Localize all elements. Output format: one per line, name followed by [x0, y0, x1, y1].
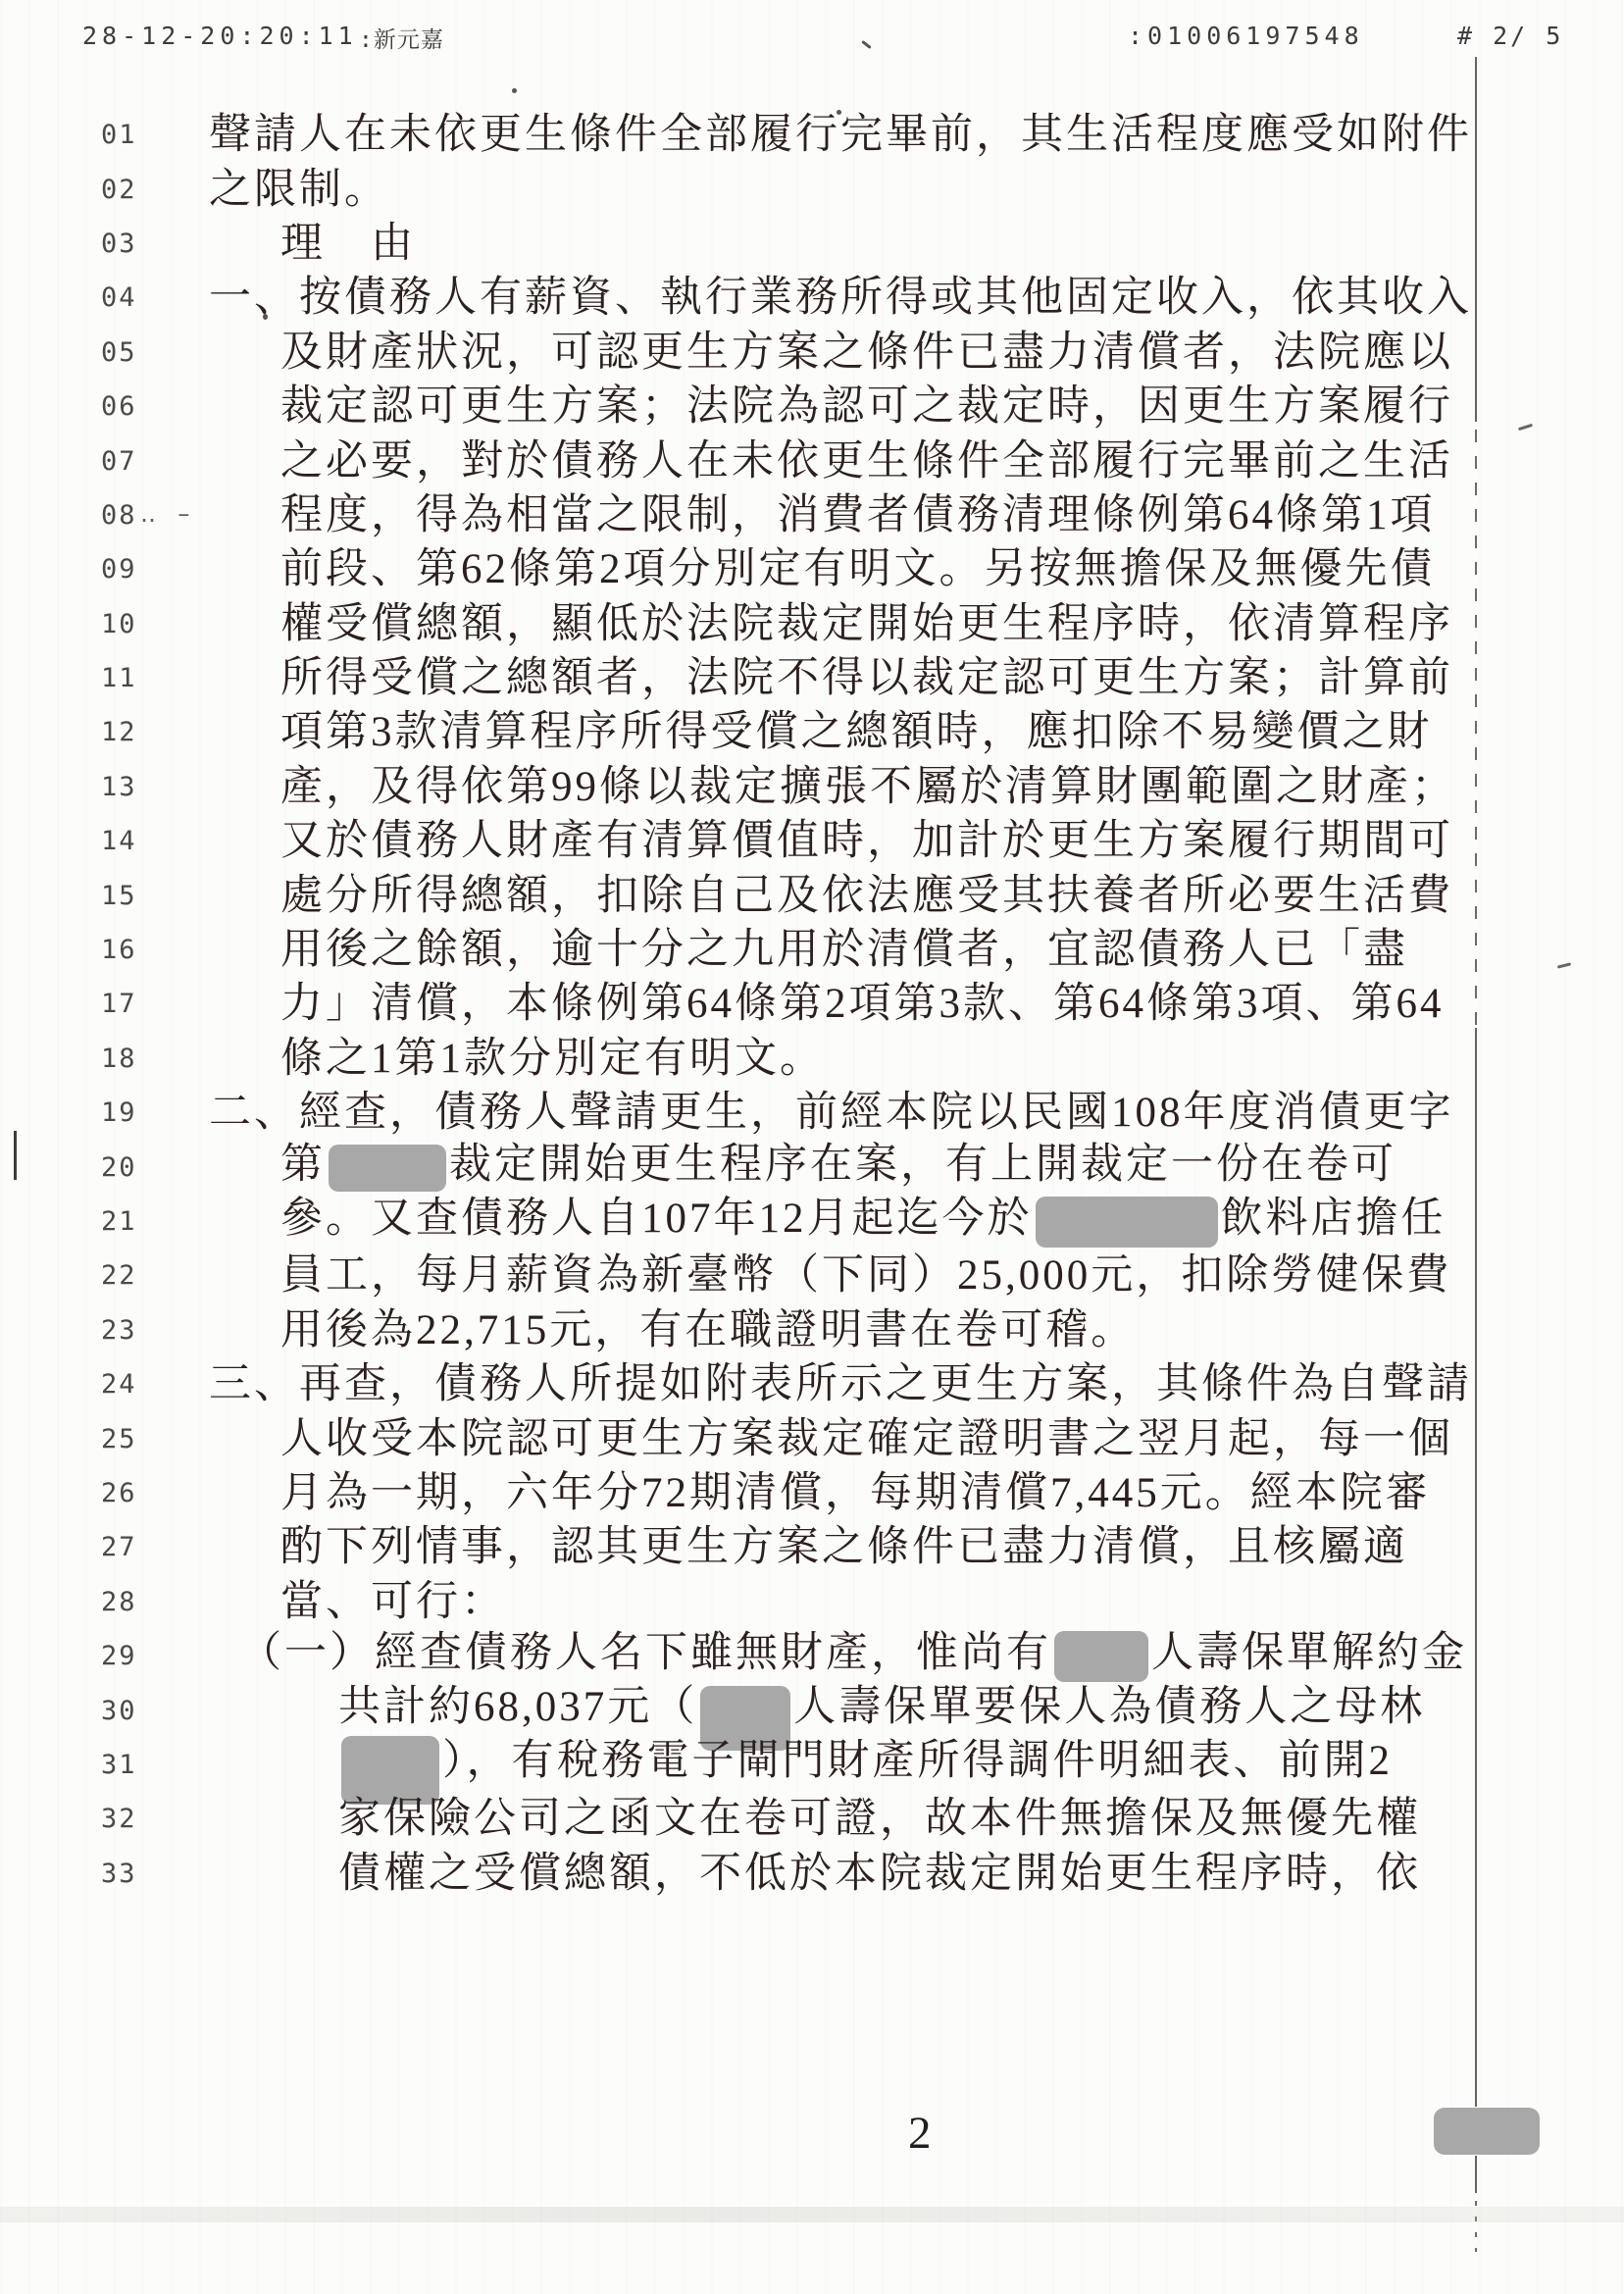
line-number: 19 [0, 1097, 209, 1128]
scan-artifact: ‥ – [140, 500, 199, 528]
section-title: 理 由 [209, 223, 416, 265]
document-line: 10權受償總額，顯低於法院裁定開始更生程序時，依清算程序 [0, 597, 1569, 651]
document-line: 07之必要，對於債務人在未依更生條件全部履行完畢前之生活 [0, 433, 1569, 487]
line-number: 29 [0, 1641, 209, 1671]
page-number: 2 [908, 2107, 932, 2160]
line-text: 共計約68,037元（人壽保單要保人為債務人之母林 [209, 1686, 1425, 1735]
redaction-box [1036, 1197, 1218, 1248]
document-line: 21參。又查債務人自107年12月起迄今於飲料店擔任 [0, 1195, 1569, 1249]
line-number: 13 [0, 772, 209, 802]
line-text: 權受償總額，顯低於法院裁定開始更生程序時，依清算程序 [209, 603, 1453, 645]
document-line: 09前段、第62條第2項分別定有明文。另按無擔保及無優先債 [0, 542, 1569, 596]
line-text: 債權之受償總額，不低於本院裁定開始更生程序時，依 [209, 1853, 1421, 1895]
scanned-court-document-page: 28-12-20:20:11 :新元嘉 :01006197548 # 2/ 5 … [0, 0, 1624, 2294]
line-number: 02 [0, 175, 209, 205]
line-number: 28 [0, 1587, 209, 1617]
line-text: 用後之餘額，逾十分之九用於清償者，宜認債務人已「盡 [209, 929, 1408, 971]
document-line: 03理 由 [0, 217, 1569, 271]
line-text: 酌下列情事，認其更生方案之條件已盡力清償，且核屬適 [209, 1526, 1408, 1568]
line-text-post: ），有稅務電子閘門財產所得調件明細表、前開2 [442, 1738, 1393, 1784]
line-text-pre: 第 [280, 1142, 326, 1188]
line-number: 01 [0, 120, 209, 150]
document-line: 01聲請人在未依更生條件全部履行完畢前，其生活程度應受如附件 [0, 108, 1569, 162]
document-line: 33債權之受償總額，不低於本院裁定開始更生程序時，依 [0, 1847, 1569, 1901]
line-text: 程度，得為相當之限制，消費者債務清理條例第64條第1項 [209, 494, 1436, 536]
line-number: 18 [0, 1044, 209, 1074]
line-number: 23 [0, 1315, 209, 1346]
line-text: 二、經查，債務人聲請更生，前經本院以民國108年度消債更字 [209, 1092, 1454, 1134]
scan-artifact [0, 2207, 1624, 2222]
document-line: 05及財產狀況，可認更生方案之條件已盡力清償者，法院應以 [0, 326, 1569, 380]
fold-line [1475, 2156, 1477, 2193]
redaction-box [329, 1145, 446, 1192]
line-text: 一、按債務人有薪資、執行業務所得或其他固定收入，依其收入 [209, 277, 1472, 319]
document-line: 20第裁定開始更生程序在案，有上開裁定一份在卷可 [0, 1140, 1569, 1194]
line-text: 用後為22,715元，有在職證明書在卷可稽。 [209, 1309, 1136, 1351]
line-number: 07 [0, 446, 209, 477]
line-text-post: 飲料店擔任 [1221, 1195, 1446, 1241]
document-line: 04一、按債務人有薪資、執行業務所得或其他固定收入，依其收入 [0, 271, 1569, 325]
line-number: 17 [0, 989, 209, 1019]
line-text: 處分所得總額，扣除自己及依法應受其扶養者所必要生活費 [209, 875, 1453, 917]
line-number: 20 [0, 1152, 209, 1183]
line-number: 25 [0, 1424, 209, 1454]
line-text: 所得受償之總額者，法院不得以裁定認可更生方案；計算前 [209, 657, 1453, 699]
document-body: 01聲請人在未依更生條件全部履行完畢前，其生活程度應受如附件 02之限制。 03… [0, 108, 1569, 1901]
line-number: 30 [0, 1696, 209, 1726]
document-line: 19二、經查，債務人聲請更生，前經本院以民國108年度消債更字 [0, 1086, 1569, 1140]
document-line: 12項第3款清算程序所得受償之總額時，應扣除不易變價之財 [0, 705, 1569, 759]
line-text-pre: 參。又查債務人自107年12月起迄今於 [280, 1195, 1033, 1241]
line-number: 14 [0, 826, 209, 856]
line-text: 之限制。 [209, 169, 389, 211]
line-text: 參。又查債務人自107年12月起迄今於飲料店擔任 [209, 1197, 1446, 1248]
document-line: 13產，及得依第99條以裁定擴張不屬於清算財團範圍之財產； [0, 760, 1569, 814]
line-text: 及財產狀況，可認更生方案之條件已盡力清償者，法院應以 [209, 331, 1453, 374]
document-line: 30共計約68,037元（人壽保單要保人為債務人之母林 [0, 1683, 1569, 1737]
fold-line [1475, 430, 1477, 1026]
document-line: 23用後為22,715元，有在職證明書在卷可稽。 [0, 1303, 1569, 1357]
line-text: 又於債務人財產有清算價值時，加計於更生方案履行期間可 [209, 820, 1453, 862]
line-number: 24 [0, 1369, 209, 1400]
document-line: 25人收受本院認可更生方案裁定確定證明書之翌月起，每一個 [0, 1411, 1569, 1465]
document-line: 26月為一期，六年分72期清償，每期清償7,445元。經本院審 [0, 1466, 1569, 1520]
scan-artifact [861, 40, 872, 49]
document-line: 06裁定認可更生方案；法院為認可之裁定時，因更生方案履行 [0, 380, 1569, 433]
scan-artifact [263, 314, 268, 320]
line-text: （一）經查債務人名下雖無財產，惟尚有人壽保單解約金 [209, 1631, 1467, 1682]
line-number: 11 [0, 663, 209, 693]
line-number: 27 [0, 1532, 209, 1562]
line-number: 04 [0, 282, 209, 313]
line-text: 前段、第62條第2項分別定有明文。另按無擔保及無優先債 [209, 548, 1436, 590]
redaction-box [341, 1736, 439, 1805]
redaction-box [1434, 2108, 1540, 2155]
line-number: 15 [0, 881, 209, 911]
line-text: 力」清償，本條例第64條第2項第3款、第64條第3項、第64 [209, 983, 1445, 1025]
document-line: 17力」清償，本條例第64條第2項第3款、第64條第3項、第64 [0, 977, 1569, 1031]
document-line: 24三、再查，債務人所提如附表所示之更生方案，其條件為自聲請 [0, 1357, 1569, 1411]
line-text: 裁定認可更生方案；法院為認可之裁定時，因更生方案履行 [209, 385, 1453, 428]
line-number: 26 [0, 1478, 209, 1508]
line-text: 聲請人在未依更生條件全部履行完畢前，其生活程度應受如附件 [209, 114, 1472, 156]
line-number: 10 [0, 609, 209, 639]
line-number: 06 [0, 391, 209, 422]
line-number: 09 [0, 554, 209, 585]
line-number: 21 [0, 1206, 209, 1237]
document-line: 11所得受償之總額者，法院不得以裁定認可更生方案；計算前 [0, 651, 1569, 705]
document-line: 02之限制。 [0, 162, 1569, 216]
document-line: 28當、可行： [0, 1575, 1569, 1629]
scan-artifact [14, 1131, 17, 1180]
fold-line [1475, 1028, 1477, 2107]
fax-timestamp: 28-12-20:20:11 [82, 22, 358, 50]
line-text: 第裁定開始更生程序在案，有上開裁定一份在卷可 [209, 1144, 1396, 1192]
line-number: 31 [0, 1750, 209, 1780]
line-text: 月為一期，六年分72期清償，每期清償7,445元。經本院審 [209, 1472, 1431, 1514]
scan-artifact [837, 110, 841, 115]
line-text: 條之1第1款分別定有明文。 [209, 1038, 825, 1080]
document-line: 18條之1第1款分別定有明文。 [0, 1032, 1569, 1086]
redaction-box [1054, 1631, 1148, 1682]
fold-line [1475, 57, 1477, 422]
line-text: 當、可行： [209, 1581, 506, 1623]
line-number: 32 [0, 1804, 209, 1834]
line-text: ），有稅務電子閘門財產所得調件明細表、前開2 [209, 1736, 1393, 1793]
document-line: 14又於債務人財產有清算價值時，加計於更生方案履行期間可 [0, 814, 1569, 868]
line-text: 家保險公司之函文在卷可證，故本件無擔保及無優先權 [209, 1798, 1421, 1840]
document-line: 31），有稅務電子閘門財產所得調件明細表、前開2 [0, 1738, 1569, 1792]
document-line: 32家保險公司之函文在卷可證，故本件無擔保及無優先權 [0, 1792, 1569, 1846]
line-text-post: 裁定開始更生程序在案，有上開裁定一份在卷可 [449, 1142, 1396, 1188]
line-text: 員工，每月薪資為新臺幣（下同）25,000元，扣除勞健保費 [209, 1254, 1451, 1297]
line-number: 03 [0, 229, 209, 259]
line-number: 05 [0, 337, 209, 368]
document-line: 15處分所得總額，扣除自己及依法應受其扶養者所必要生活費 [0, 868, 1569, 922]
document-line: 08程度，得為相當之限制，消費者債務清理條例第64條第1項 [0, 488, 1569, 542]
line-text-pre: 共計約68,037元（ [338, 1684, 697, 1730]
line-number: 12 [0, 717, 209, 747]
document-line: 27酌下列情事，認其更生方案之條件已盡力清償，且核屬適 [0, 1520, 1569, 1574]
line-text: 項第3款清算程序所得受償之總額時，應扣除不易變價之財 [209, 711, 1433, 753]
line-text-post: 人壽保單要保人為債務人之母林 [793, 1684, 1425, 1730]
document-line: 16用後之餘額，逾十分之九用於清償者，宜認債務人已「盡 [0, 923, 1569, 977]
fax-page-indicator: # 2/ 5 [1457, 22, 1563, 50]
line-text: 人收受本院認可更生方案裁定確定證明書之翌月起，每一個 [209, 1418, 1453, 1460]
line-number: 22 [0, 1260, 209, 1291]
line-text: 之必要，對於債務人在未依更生條件全部履行完畢前之生活 [209, 440, 1453, 483]
line-text: 三、再查，債務人所提如附表所示之更生方案，其條件為自聲請 [209, 1363, 1472, 1405]
document-line: 22員工，每月薪資為新臺幣（下同）25,000元，扣除勞健保費 [0, 1249, 1569, 1302]
document-line: 29（一）經查債務人名下雖無財產，惟尚有人壽保單解約金 [0, 1629, 1569, 1683]
line-number: 33 [0, 1859, 209, 1889]
fax-number: :01006197548 [1128, 22, 1364, 50]
scan-artifact [512, 88, 517, 93]
fax-sender: :新元嘉 [359, 22, 444, 54]
line-number: 16 [0, 935, 209, 965]
line-text: 產，及得依第99條以裁定擴張不屬於清算財團範圍之財產； [209, 766, 1456, 808]
line-text-pre: （一）經查債務人名下雖無財產，惟尚有 [239, 1630, 1051, 1676]
line-text-post: 人壽保單解約金 [1151, 1630, 1467, 1676]
